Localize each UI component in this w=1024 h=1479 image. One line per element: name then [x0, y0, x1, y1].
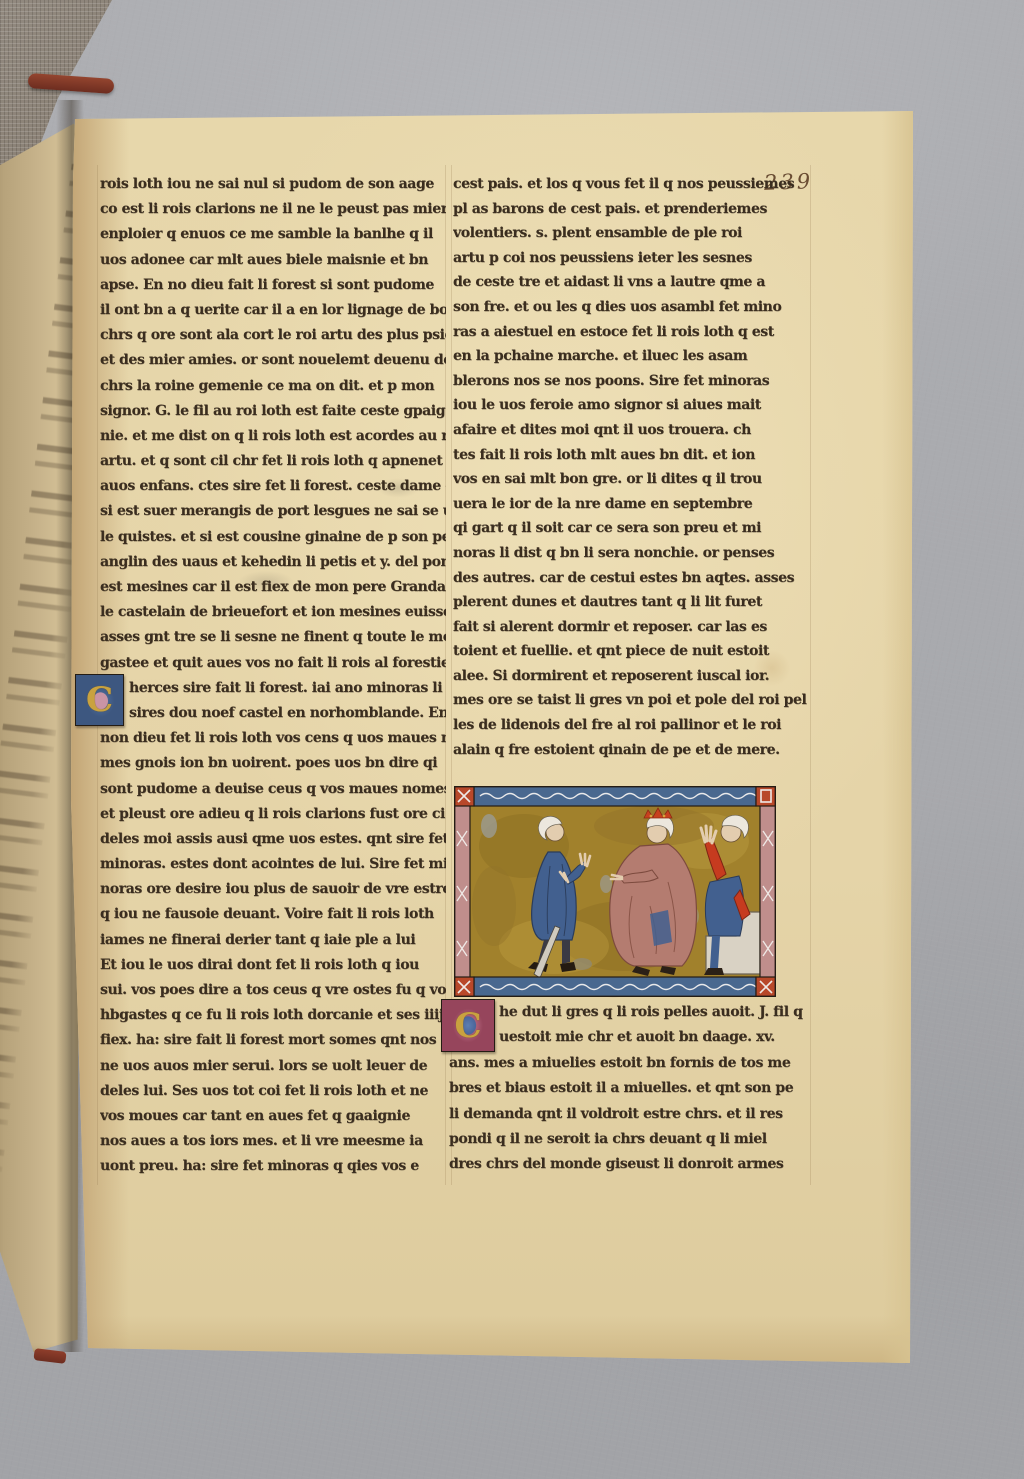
- text-line: non dieu fet li rois loth vos cens q uos…: [100, 726, 446, 751]
- text-line: et des mier amies. or sont nouelemt deue…: [100, 348, 446, 373]
- text-line: en la pchaine marche. et iluec les asam: [453, 344, 811, 369]
- king-rose-mantle: [610, 844, 697, 966]
- text-line: Et iou le uos dirai dont fet li rois lot…: [100, 953, 446, 978]
- text-line: hbgastes q ce fu li rois loth dorcanie e…: [100, 1003, 446, 1028]
- frame-right-bar: [760, 804, 776, 979]
- text-line: alee. Si dormirent et reposerent iuscal …: [453, 664, 811, 689]
- text-line: sont pudome a deuise ceus q vos maues no…: [100, 777, 446, 802]
- text-line: toient et fuellie. et qnt piece de nuit …: [453, 639, 811, 664]
- text-line: minoras. estes dont acointes de lui. Sir…: [100, 852, 446, 877]
- miniature-illustration: [454, 786, 776, 997]
- text-line: est mesines car il est fiex de mon pere …: [100, 575, 446, 600]
- text-line: mes gnois ion bn uoirent. poes uos bn di…: [100, 751, 446, 776]
- text-line: chrs la roine gemenie ce ma on dit. et p…: [100, 374, 446, 399]
- text-line: co est li rois clarions ne il ne le peus…: [100, 197, 446, 222]
- text-line: son fre. et ou les q dies uos asambl fet…: [453, 295, 811, 320]
- text-line: qi gart q il soit car ce sera son preu e…: [453, 516, 811, 541]
- text-line: les de lidenois del fre al roi pallinor …: [453, 713, 811, 738]
- manuscript-photo: 239 rois loth iou ne sai nul si pudom de…: [0, 0, 1024, 1479]
- text-line: ras a aiestuel en estoce fet li rois lot…: [453, 320, 811, 345]
- text-line: cest pais. et los q vous fet il q nos pe…: [453, 172, 811, 197]
- text-line: li demanda qnt il voldroit estre chrs. e…: [449, 1102, 811, 1127]
- text-line: il ont bn a q uerite car il a en lor lig…: [100, 298, 446, 323]
- text-line: nos aues a tos iors mes. et li vre meesm…: [100, 1129, 446, 1154]
- text-line: uos adonee car mlt aues biele maisnie et…: [100, 248, 446, 273]
- text-line: herces sire fait li forest. iai ano mino…: [129, 676, 446, 701]
- miniature-svg: [454, 786, 776, 997]
- text-line: uont preu. ha: sire fet minoras q qies v…: [100, 1154, 446, 1179]
- crown-jewel: [663, 815, 666, 818]
- text-line: deles lui. Ses uos tot coi fet li rois l…: [100, 1079, 446, 1104]
- text-line: plerent dunes et dautres tant q li lit f…: [453, 590, 811, 615]
- text-line: ans. mes a miuelies estoit bn fornis de …: [449, 1051, 811, 1076]
- text-line: de ceste tre et aidast li vns a lautre q…: [453, 270, 811, 295]
- crown-jewel: [650, 815, 653, 818]
- text-line: he dut li gres q li rois pelles auoit. J…: [499, 1000, 811, 1025]
- text-line: blerons nos se nos poons. Sire fet minor…: [453, 369, 811, 394]
- text-line: bres et biaus estoit il a miuelles. et q…: [449, 1076, 811, 1101]
- left-text-column: rois loth iou ne sai nul si pudom de son…: [100, 172, 446, 1182]
- manuscript-page: 239 rois loth iou ne sai nul si pudom de…: [70, 110, 916, 1366]
- text-line: q iou ne fausoie deuant. Voire fait li r…: [100, 902, 446, 927]
- text-line: apse. En no dieu fait li forest si sont …: [100, 273, 446, 298]
- text-line: uera le ior de la nre dame en septembre: [453, 492, 811, 517]
- text-line: deles moi assis ausi qme uos estes. qnt …: [100, 827, 446, 852]
- text-line: nie. et me dist on q li rois loth est ac…: [100, 424, 446, 449]
- text-line: pondi q il ne seroit ia chrs deuant q li…: [449, 1127, 811, 1152]
- text-line: asses gnt tre se li sesne ne finent q to…: [100, 625, 446, 650]
- text-line: iou le uos feroie amo signor si aiues ma…: [453, 393, 811, 418]
- text-line: fait si alerent dormir et reposer. car l…: [453, 615, 811, 640]
- decorated-initial-right: C: [441, 999, 495, 1052]
- text-line: chrs q ore sont ala cort le roi artu des…: [100, 323, 446, 348]
- text-line: artu p coi nos peussiens ieter les sesne…: [453, 246, 811, 271]
- text-line: le quistes. et si est cousine ginaine de…: [100, 525, 446, 550]
- text-line: enploier q enuos ce me samble la banlhe …: [100, 222, 446, 247]
- text-line: volentiers. s. plent ensamble de ple roi: [453, 221, 811, 246]
- text-line: vos en sai mlt bon gre. or li dites q il…: [453, 467, 811, 492]
- text-line: pl as barons de cest pais. et prenderiem…: [453, 197, 811, 222]
- text-line: et pleust ore adieu q li rois clarions f…: [100, 802, 446, 827]
- text-line: gastee et quit aues vos no fait li rois …: [100, 651, 446, 676]
- text-line: fiex. ha: sire fait li forest mort somes…: [100, 1028, 446, 1053]
- binding-board-sliver: [33, 1348, 66, 1364]
- text-line: auos enfans. ctes sire fet li forest. ce…: [100, 474, 446, 499]
- text-line: uestoit mie chr et auoit bn daage. xv.: [499, 1025, 811, 1050]
- text-line: ne uos auos mier serui. lors se uolt leu…: [100, 1054, 446, 1079]
- text-line: tes fait li rois loth mlt aues bn dit. e…: [453, 443, 811, 468]
- text-line: artu. et q sont cil chr fet li rois loth…: [100, 449, 446, 474]
- text-line: noras li dist q bn li sera nonchie. or p…: [453, 541, 811, 566]
- text-line: alain q fre estoient qinain de pe et de …: [453, 738, 811, 763]
- text-line: mes ore se taist li gres vn poi et pole …: [453, 688, 811, 713]
- text-line: signor. G. le fil au roi loth est faite …: [100, 399, 446, 424]
- right-text-column-upper: cest pais. et los q vous fet il q nos pe…: [453, 172, 811, 764]
- text-line: anglin des uaus et kehedin li petis et y…: [100, 550, 446, 575]
- text-line: sires dou noef castel en norhomblande. E…: [129, 701, 446, 726]
- right-text-column-lower: he dut li gres q li rois pelles auoit. J…: [449, 1000, 811, 1180]
- text-line: sui. vos poes dire a tos ceus q vre oste…: [100, 978, 446, 1003]
- text-line: noras ore desire iou plus de sauoir de v…: [100, 877, 446, 902]
- text-line: vos moues car tant en aues fet q gaaigni…: [100, 1104, 446, 1129]
- frame-left-bar: [454, 804, 470, 979]
- text-line: dres chrs del monde giseust li donroit a…: [449, 1152, 811, 1177]
- text-line: des autres. car de cestui estes bn aqtes…: [453, 566, 811, 591]
- text-line: iames ne finerai derier tant q iaie ple …: [100, 928, 446, 953]
- text-line: rois loth iou ne sai nul si pudom de son…: [100, 172, 446, 197]
- text-line: le castelain de brieuefort et ion mesine…: [100, 600, 446, 625]
- text-line: si est suer merangis de port lesgues ne …: [100, 499, 446, 524]
- text-line: afaire et dites moi qnt il uos trouera. …: [453, 418, 811, 443]
- decorated-initial-left: C: [75, 674, 124, 726]
